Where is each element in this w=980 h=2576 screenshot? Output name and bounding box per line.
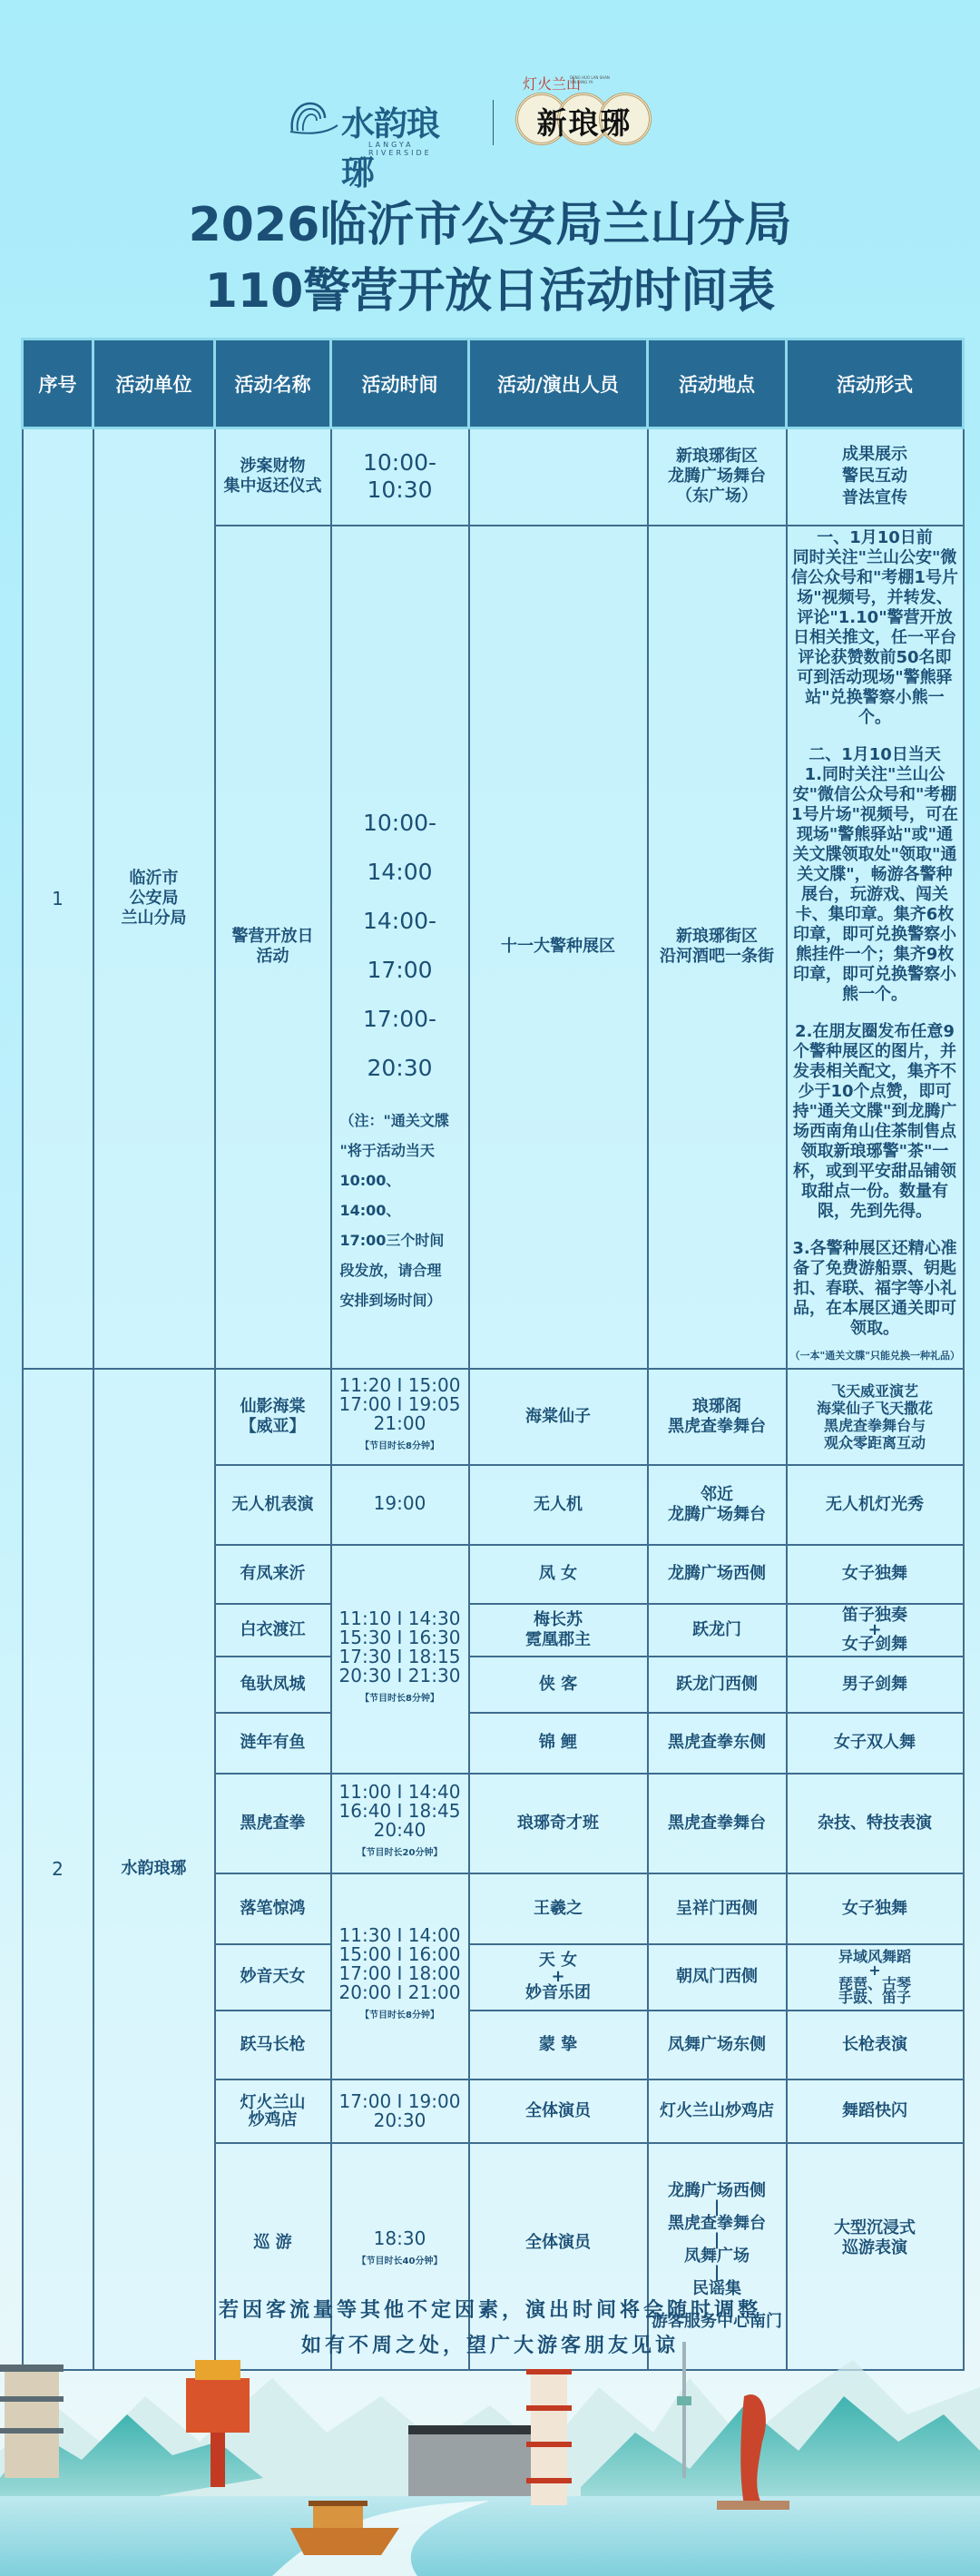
- activity-name: 灯火兰山 炒鸡店: [215, 2079, 331, 2143]
- route-connector: |: [652, 2266, 783, 2279]
- header-name: 活动名称: [215, 339, 331, 428]
- activity-time-shared: 11:10 I 14:30 15:30 I 16:30 17:30 I 18:1…: [331, 1545, 469, 1774]
- activity-time-shared: 11:30 I 14:00 15:00 I 16:00 17:00 I 18:0…: [331, 1873, 469, 2079]
- footer-note-line1: 若因客流量等其他不定因素，演出时间将会随时调整: [0, 2295, 980, 2323]
- activity-name: 妙音天女: [215, 1944, 331, 2011]
- logo-divider: [493, 100, 494, 145]
- section2-unit: 水韵琅琊: [93, 1369, 215, 2370]
- activity-name: 黑虎查拳: [215, 1774, 331, 1873]
- activity-form: 无人机灯光秀: [787, 1465, 964, 1545]
- activity-performers: 海棠仙子: [469, 1369, 648, 1465]
- activity-form: 女子双人舞: [787, 1713, 964, 1774]
- logo-xin-langya: 灯火兰山 DENG HUO LAN SHANXIN LANG YA 新琅琊: [515, 73, 652, 154]
- activity-form: 异域风舞蹈 + 琵琶、古琴 手鼓、笛子: [787, 1944, 964, 2011]
- activity-location: 跃龙门西侧: [648, 1657, 787, 1713]
- logo-left-subtitle: LANGYA RIVERSIDE: [368, 141, 443, 157]
- activity-time: 10:00-10:30: [331, 428, 469, 526]
- activity-form: 杂技、特技表演: [787, 1774, 964, 1873]
- activity-location: 新琅琊街区 沿河酒吧一条街: [648, 526, 787, 1369]
- activity-name: 落笔惊鸿: [215, 1873, 331, 1944]
- page-title-line1: 2026临沂市公安局兰山分局: [0, 186, 980, 254]
- header-time: 活动时间: [331, 339, 469, 428]
- activity-location: 跃龙门: [648, 1604, 787, 1657]
- activity-form: 女子独舞: [787, 1873, 964, 1944]
- logo-right-tiny: DENG HUO LAN SHANXIN LANG YA: [570, 75, 610, 84]
- activity-form: 长枪表演: [787, 2011, 964, 2079]
- activity-form-rules: 一、1月10日前 同时关注"兰山公安"微信公众号和"考棚1号片场"视频号，并转发…: [787, 526, 964, 1369]
- activity-form: 男子剑舞: [787, 1657, 964, 1713]
- old-town-buildings-icon: [408, 2369, 572, 2505]
- activity-performers: 侠 客: [469, 1657, 648, 1713]
- activity-form: 笛子独奏 + 女子剑舞: [787, 1604, 964, 1657]
- activity-time: 10:00-14:00 14:00-17:00 17:00-20:30 （注："…: [331, 526, 469, 1369]
- activity-location: 呈祥门西侧: [648, 1873, 787, 1944]
- schedule-table: 序号 活动单位 活动名称 活动时间 活动/演出人员 活动地点 活动形式 1 临沂…: [21, 338, 965, 2371]
- activity-form: 飞天威亚演艺 海棠仙子飞天撒花 黑虎查拳舞台与 观众零距离互动: [787, 1369, 964, 1465]
- activity-location: 灯火兰山炒鸡店: [648, 2079, 787, 2143]
- section1-unit: 临沂市 公安局 兰山分局: [93, 428, 215, 1369]
- activity-location: 新琅琊街区 龙腾广场舞台 （东广场）: [648, 428, 787, 526]
- activity-name: 龟驮凤城: [215, 1657, 331, 1713]
- activity-form: 舞蹈快闪: [787, 2079, 964, 2143]
- wave-logo-icon: [289, 98, 338, 134]
- activity-performers: 天 女 + 妙音乐团: [469, 1944, 648, 2011]
- activity-name: 警营开放日 活动: [215, 526, 331, 1369]
- activity-location: 黑虎查拳东侧: [648, 1713, 787, 1774]
- activity-form: 成果展示 警民互动 普法宣传: [787, 428, 964, 526]
- activity-form: 女子独舞: [787, 1545, 964, 1604]
- header-location: 活动地点: [648, 339, 787, 428]
- activity-location: 邻近 龙腾广场舞台: [648, 1465, 787, 1545]
- tower-left-icon: [0, 2365, 64, 2478]
- activity-performers: 凤 女: [469, 1545, 648, 1604]
- activity-performers: 十一大警种展区: [469, 526, 648, 1369]
- activity-time: 19:00: [331, 1465, 469, 1545]
- activity-performers: 王羲之: [469, 1873, 648, 1944]
- route-connector: |: [652, 2234, 783, 2247]
- activity-performers: 蒙 挚: [469, 2011, 648, 2079]
- activity-time: 11:20 I 15:00 17:00 I 19:05 21:00 【节目时长8…: [331, 1369, 469, 1465]
- activity-name: 无人机表演: [215, 1465, 331, 1545]
- activity-location: 黑虎查拳舞台: [648, 1774, 787, 1873]
- activity-time: 17:00 I 19:00 20:30: [331, 2079, 469, 2143]
- activity-name: 跃马长枪: [215, 2011, 331, 2079]
- table-header-row: 序号 活动单位 活动名称 活动时间 活动/演出人员 活动地点 活动形式: [23, 339, 964, 428]
- table-row: 2 水韵琅琊 仙影海棠 【威亚】 11:20 I 15:00 17:00 I 1…: [23, 1369, 964, 1465]
- section1-index: 1: [23, 428, 93, 1369]
- logo-shuiyun-langya: 水韵琅琊 LANGYA RIVERSIDE: [289, 91, 443, 154]
- activity-performers: [469, 428, 648, 526]
- header-performers: 活动/演出人员: [469, 339, 648, 428]
- page-title-line2: 110警营开放日活动时间表: [0, 252, 980, 320]
- activity-location: 凤舞广场东侧: [648, 2011, 787, 2079]
- landscape-illustration: [0, 2342, 980, 2576]
- activity-name: 涉案财物 集中返还仪式: [215, 428, 331, 526]
- activity-performers: 锦 鲤: [469, 1713, 648, 1774]
- header-unit: 活动单位: [93, 339, 215, 428]
- activity-performers: 无人机: [469, 1465, 648, 1545]
- table-row: 1 临沂市 公安局 兰山分局 涉案财物 集中返还仪式 10:00-10:30 新…: [23, 428, 964, 526]
- activity-location: 朝凤门西侧: [648, 1944, 787, 2011]
- activity-name: 涟年有鱼: [215, 1713, 331, 1774]
- activity-name: 仙影海棠 【威亚】: [215, 1369, 331, 1465]
- section2-index: 2: [23, 1369, 93, 2370]
- logo-right-badge: 新琅琊: [515, 93, 652, 145]
- activity-time: 11:00 I 14:40 16:40 I 18:45 20:40 【节目时长2…: [331, 1774, 469, 1873]
- activity-performers: 全体演员: [469, 2079, 648, 2143]
- time-note: （注："通关文牒 "将于活动当天 10:00、14:00、 17:00三个时间 …: [335, 1106, 465, 1315]
- activity-performers: 梅长苏 霓凰郡主: [469, 1604, 648, 1657]
- activity-location: 琅琊阁 黑虎查拳舞台: [648, 1369, 787, 1465]
- logo-right-name: 新琅琊: [521, 100, 648, 143]
- header-form: 活动形式: [787, 339, 964, 428]
- route-connector: |: [652, 2201, 783, 2214]
- activity-name: 白衣渡江: [215, 1604, 331, 1657]
- activity-name: 有凤来沂: [215, 1545, 331, 1604]
- header-index: 序号: [23, 339, 93, 428]
- activity-performers: 琅琊奇才班: [469, 1774, 648, 1873]
- logo-row: 水韵琅琊 LANGYA RIVERSIDE 灯火兰山 DENG HUO LAN …: [0, 73, 980, 154]
- activity-location: 龙腾广场西侧: [648, 1545, 787, 1604]
